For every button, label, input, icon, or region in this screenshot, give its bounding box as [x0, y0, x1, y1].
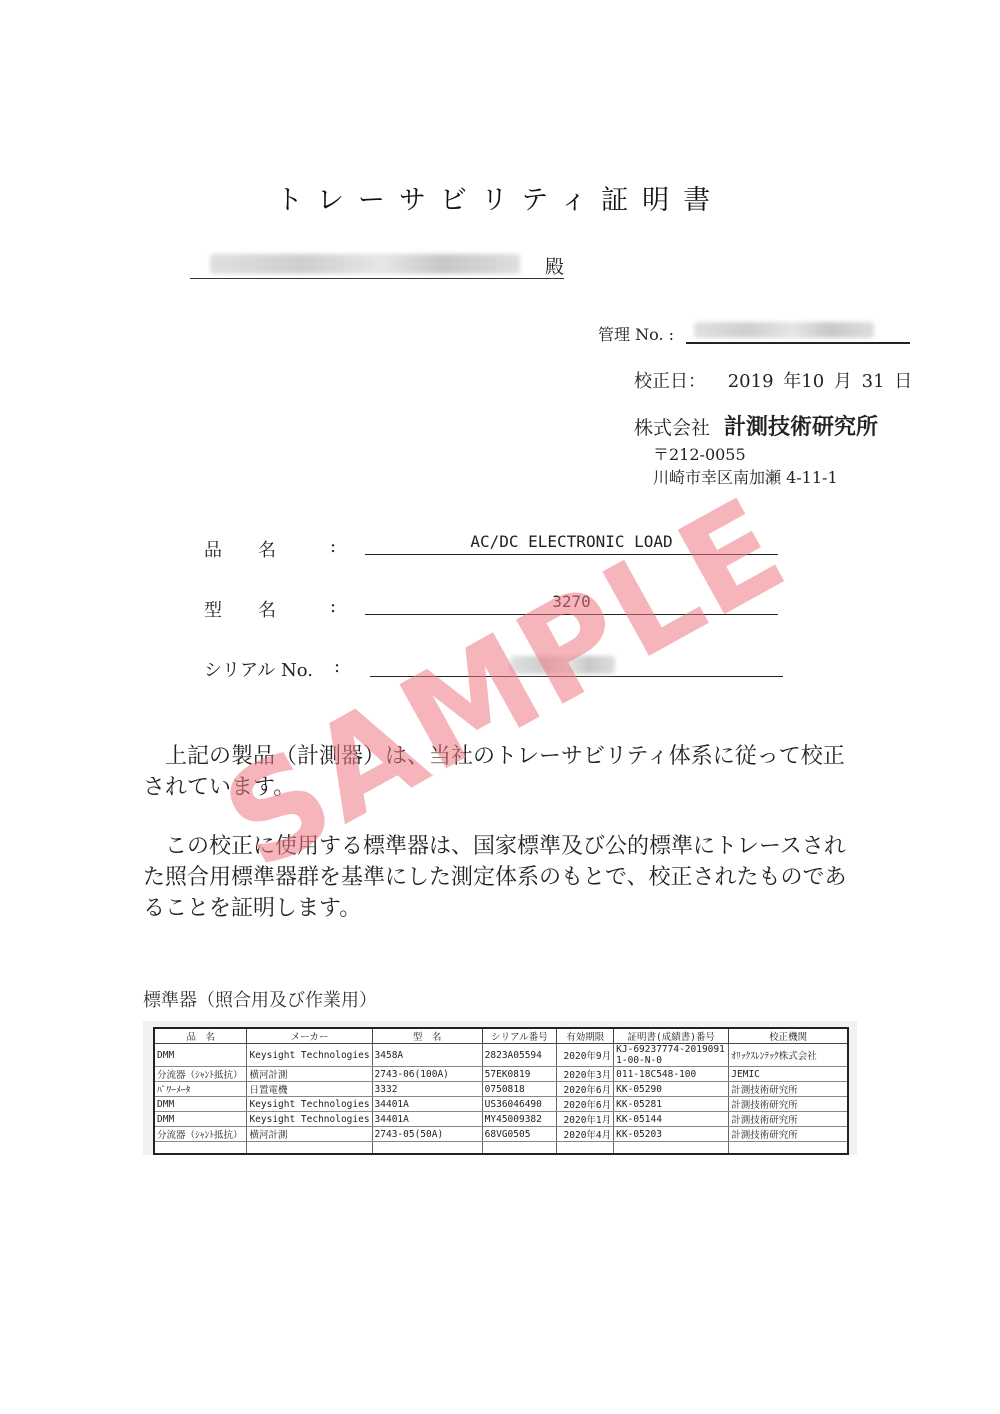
product-name-colon: :: [330, 536, 336, 557]
calibration-date: 校正日： 2019 年10 月 31 日: [634, 367, 912, 393]
date-year: 2019: [728, 371, 774, 392]
standards-table-container: 品 名メーカー型 名シリアル番号有効期限証明書(成績書)番号校正機関 DMMKe…: [143, 1021, 857, 1155]
table-cell: ｵﾘｯｸｽﾚﾝﾃｯｸ株式会社: [729, 1044, 848, 1067]
table-cell: KK-05281: [614, 1097, 729, 1112]
table-cell: 34401A: [372, 1097, 482, 1112]
table-cell: [372, 1142, 482, 1155]
table-cell: 2020年6月: [557, 1097, 614, 1112]
table-row: 分流器（ｼｬﾝﾄ抵抗）横河計測2743-06(100A)57EK08192020…: [154, 1067, 848, 1082]
table-cell: DMM: [154, 1112, 247, 1127]
date-label: 校正日：: [634, 371, 706, 392]
table-cell: 分流器（ｼｬﾝﾄ抵抗）: [154, 1127, 247, 1142]
table-row: DMMKeysight Technologies34401AUS36046490…: [154, 1097, 848, 1112]
table-cell: KJ-69237774-20190911-00-N-0: [614, 1044, 729, 1067]
table-cell: JEMIC: [729, 1067, 848, 1082]
table-cell: MY45009382: [482, 1112, 557, 1127]
table-cell: Keysight Technologies: [247, 1044, 372, 1067]
table-cell: [247, 1142, 372, 1155]
table-cell: 分流器（ｼｬﾝﾄ抵抗）: [154, 1067, 247, 1082]
model-name-value: 3270: [365, 592, 778, 615]
table-row: ﾊﾟﾜｰﾒｰﾀ日置電機333207508182020年6月KK-05290計測技…: [154, 1082, 848, 1097]
standards-table: 品 名メーカー型 名シリアル番号有効期限証明書(成績書)番号校正機関 DMMKe…: [153, 1027, 849, 1155]
table-cell: 2020年9月: [557, 1044, 614, 1067]
addressee-redacted: [210, 254, 520, 274]
table-cell: 計測技術研究所: [729, 1082, 848, 1097]
table-cell: 2020年3月: [557, 1067, 614, 1082]
serial-no-colon: :: [334, 656, 340, 677]
table-cell: 横河計測: [247, 1127, 372, 1142]
table-cell: 2020年6月: [557, 1082, 614, 1097]
column-header: 校正機関: [729, 1028, 848, 1044]
product-name-value: AC/DC ELECTRONIC LOAD: [365, 532, 778, 555]
table-row: 分流器（ｼｬﾝﾄ抵抗）横河計測2743-05(50A)68VG05052020年…: [154, 1127, 848, 1142]
control-no-label: 管理 No. :: [598, 322, 674, 345]
date-day-unit: 日: [894, 371, 912, 392]
table-cell: 横河計測: [247, 1067, 372, 1082]
standards-heading: 標準器（照合用及び作業用）: [143, 986, 377, 1012]
table-cell: [482, 1142, 557, 1155]
statement-2: この校正に使用する標準器は、国家標準及び公的標準にトレースされた照合用標準器群を…: [143, 831, 863, 924]
table-cell: [614, 1142, 729, 1155]
issuer-prefix: 株式会社: [634, 417, 710, 439]
table-cell: KK-05203: [614, 1127, 729, 1142]
statement-1: 上記の製品（計測器）は、当社のトレーサビリティ体系に従って校正されています。: [143, 741, 863, 803]
table-cell: 57EK0819: [482, 1067, 557, 1082]
column-header: 品 名: [154, 1028, 247, 1044]
serial-no-label: シリアル No.: [204, 656, 313, 682]
table-cell: DMM: [154, 1044, 247, 1067]
table-cell: DMM: [154, 1097, 247, 1112]
issuer-address: 川崎市幸区南加瀬 4-11-1: [653, 465, 838, 488]
issuer-name: 計測技術研究所: [724, 415, 878, 440]
table-cell: 3458A: [372, 1044, 482, 1067]
table-cell: [154, 1142, 247, 1155]
table-cell: 2823A05594: [482, 1044, 557, 1067]
issuer-postal: 〒212-0055: [653, 442, 746, 465]
control-no-line: [686, 320, 910, 344]
table-cell: 011-18C548-100: [614, 1067, 729, 1082]
model-name-label: 型 名: [204, 596, 276, 622]
table-row: DMMKeysight Technologies3458A2823A055942…: [154, 1044, 848, 1067]
table-cell: 日置電機: [247, 1082, 372, 1097]
date-month-unit: 月: [834, 371, 852, 392]
date-month: 10: [801, 371, 824, 392]
table-cell: Keysight Technologies: [247, 1097, 372, 1112]
table-cell: 2743-06(100A): [372, 1067, 482, 1082]
date-day: 31: [862, 371, 885, 392]
table-cell: 2743-05(50A): [372, 1127, 482, 1142]
serial-no-redacted: [510, 656, 615, 674]
standards-header-row: 品 名メーカー型 名シリアル番号有効期限証明書(成績書)番号校正機関: [154, 1028, 848, 1044]
serial-no-value: [370, 654, 783, 677]
table-cell: ﾊﾟﾜｰﾒｰﾀ: [154, 1082, 247, 1097]
table-cell: 3332: [372, 1082, 482, 1097]
table-cell: 計測技術研究所: [729, 1127, 848, 1142]
table-cell: 34401A: [372, 1112, 482, 1127]
table-cell: US36046490: [482, 1097, 557, 1112]
model-name-colon: :: [330, 596, 336, 617]
table-row: DMMKeysight Technologies34401AMY45009382…: [154, 1112, 848, 1127]
table-cell: 68VG0505: [482, 1127, 557, 1142]
table-cell: 0750818: [482, 1082, 557, 1097]
table-cell: KK-05144: [614, 1112, 729, 1127]
product-name-label: 品 名: [204, 536, 276, 562]
table-cell: 計測技術研究所: [729, 1112, 848, 1127]
column-header: 型 名: [372, 1028, 482, 1044]
column-header: シリアル番号: [482, 1028, 557, 1044]
issuer: 株式会社計測技術研究所: [634, 410, 878, 441]
table-cell: KK-05290: [614, 1082, 729, 1097]
addressee-suffix: 殿: [545, 252, 564, 279]
table-cell: 2020年4月: [557, 1127, 614, 1142]
date-year-unit: 年: [783, 371, 801, 392]
table-cell: [557, 1142, 614, 1155]
column-header: 証明書(成績書)番号: [614, 1028, 729, 1044]
column-header: メーカー: [247, 1028, 372, 1044]
table-cell: 計測技術研究所: [729, 1097, 848, 1112]
addressee-line: 殿: [190, 252, 564, 279]
table-cell: 2020年1月: [557, 1112, 614, 1127]
table-row: [154, 1142, 848, 1155]
column-header: 有効期限: [557, 1028, 614, 1044]
control-no-redacted: [694, 322, 874, 338]
table-cell: Keysight Technologies: [247, 1112, 372, 1127]
table-cell: [729, 1142, 848, 1155]
document-title: トレーサビリティ証明書: [0, 178, 1000, 217]
